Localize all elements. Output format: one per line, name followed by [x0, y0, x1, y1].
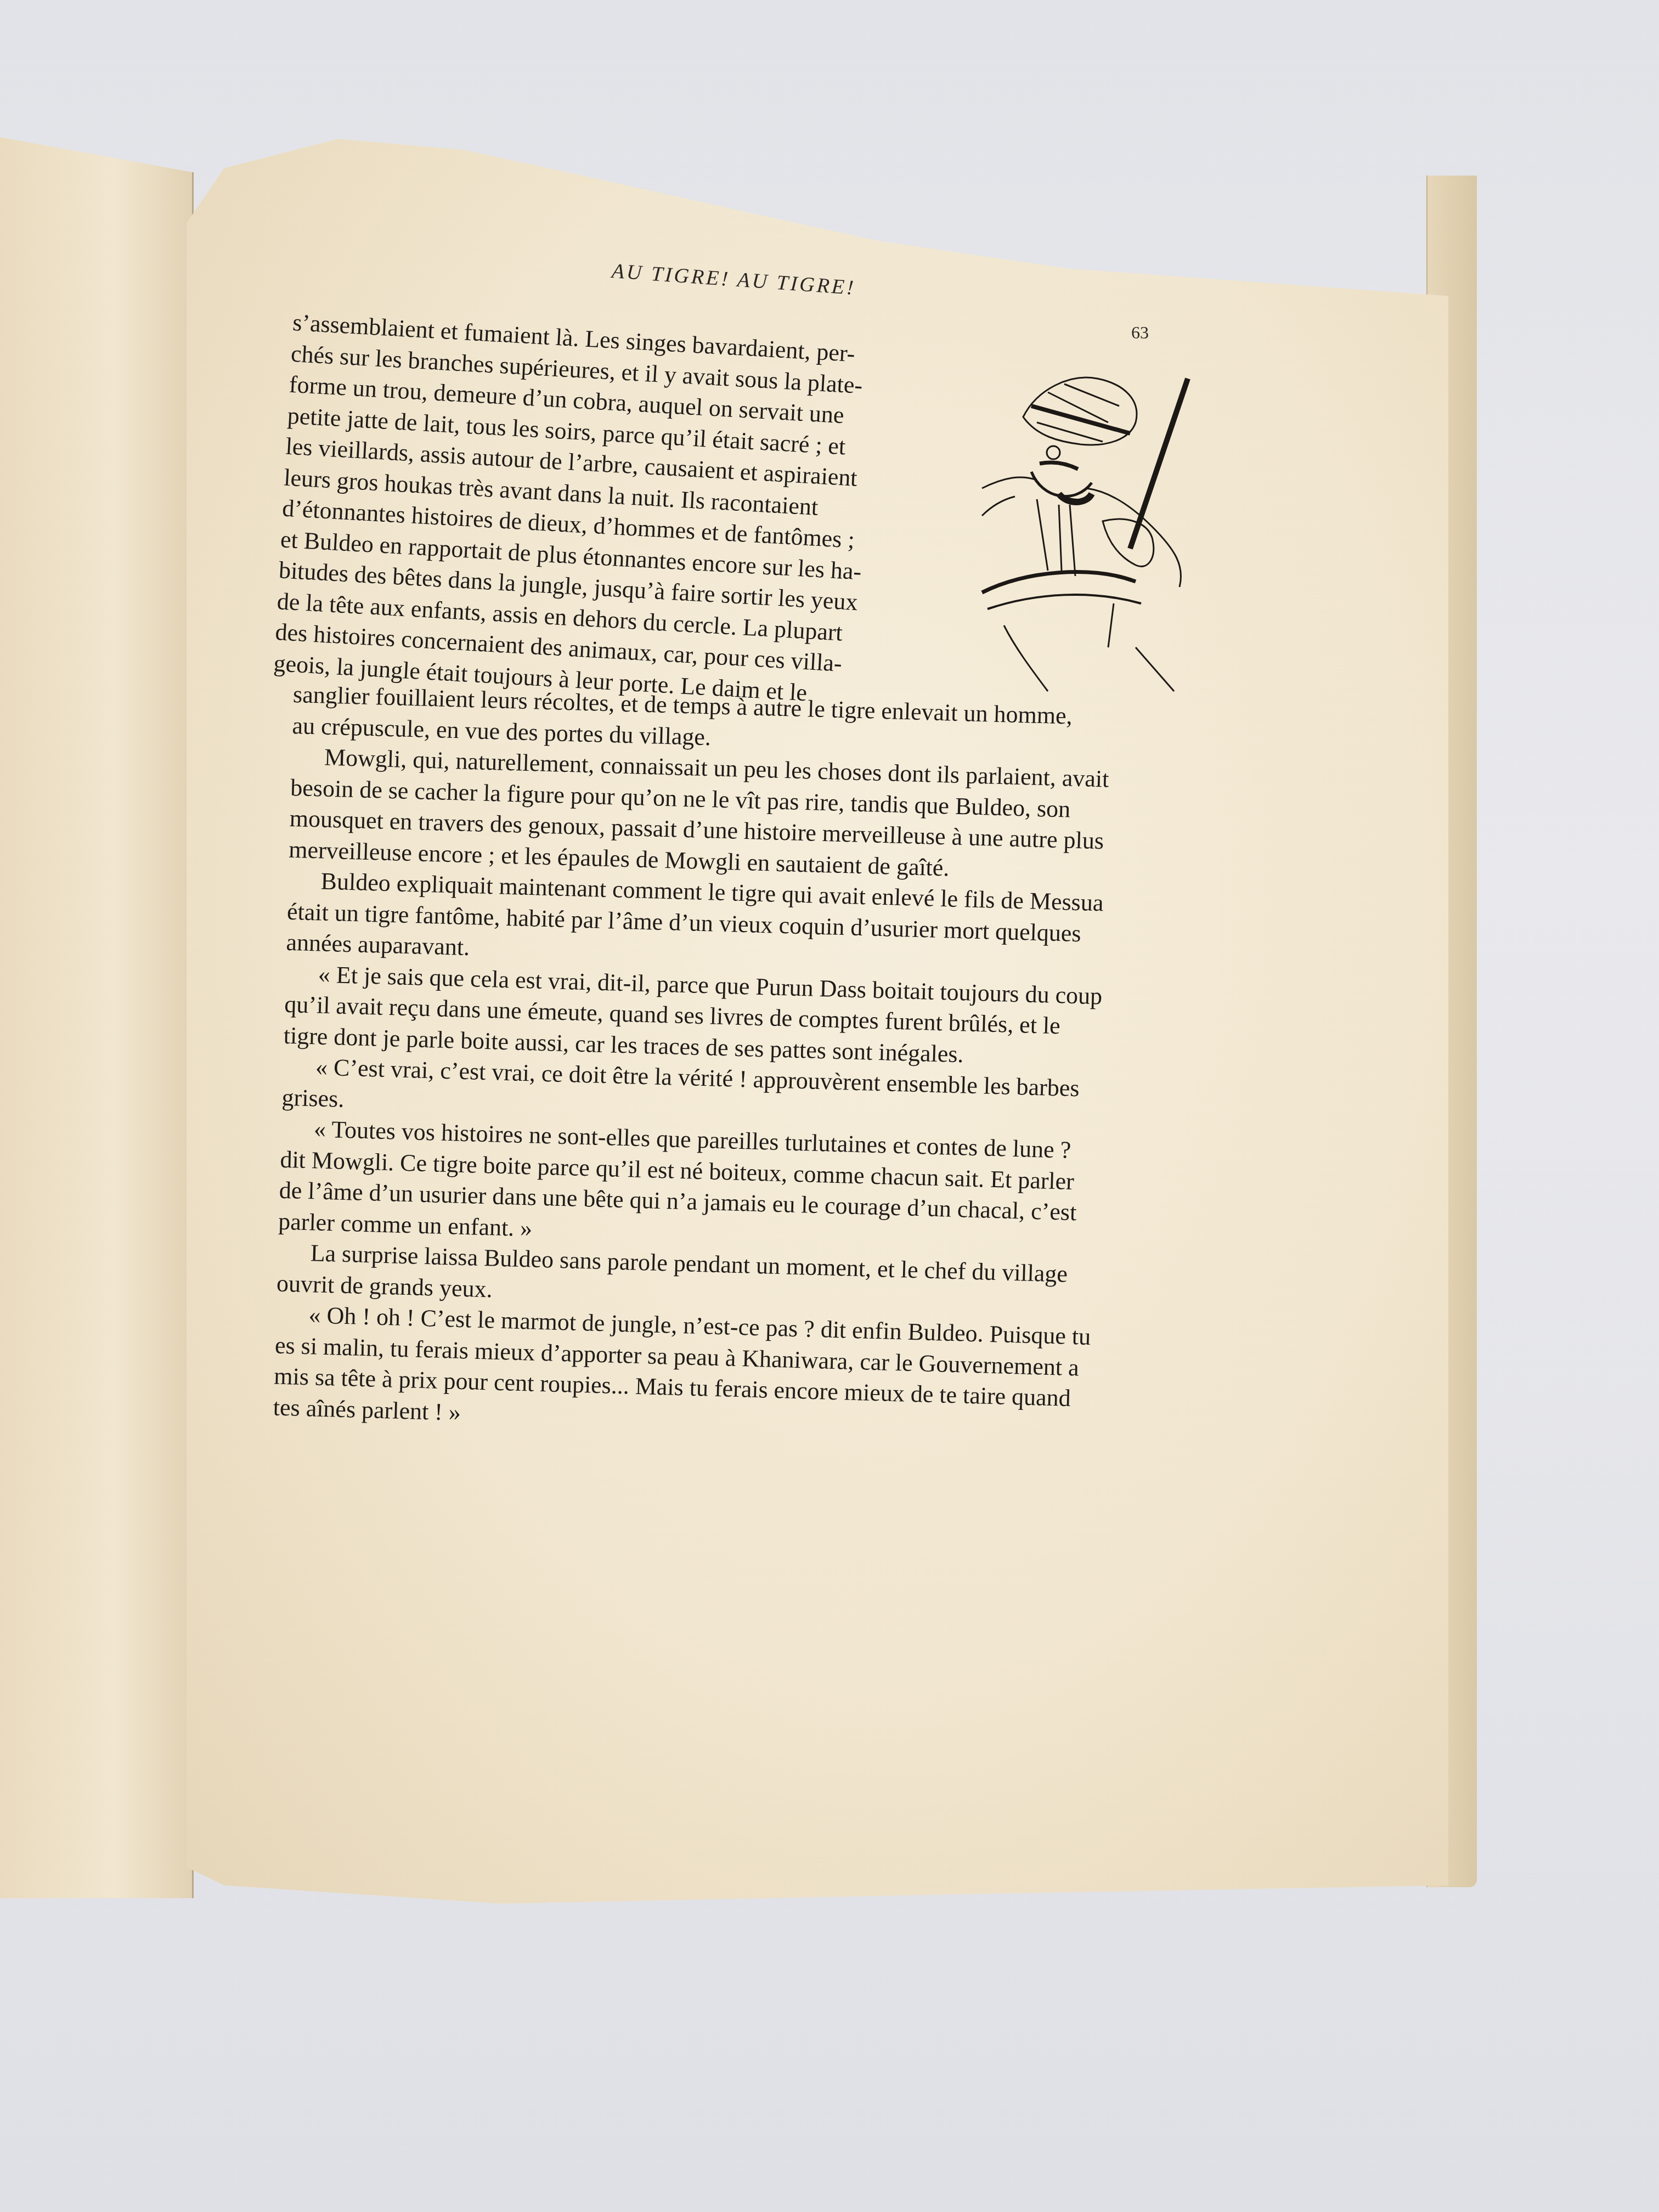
body-text: s’assemblaient et fumaient là. Les singe… [294, 307, 1232, 1423]
left-page-edge [0, 137, 194, 1898]
